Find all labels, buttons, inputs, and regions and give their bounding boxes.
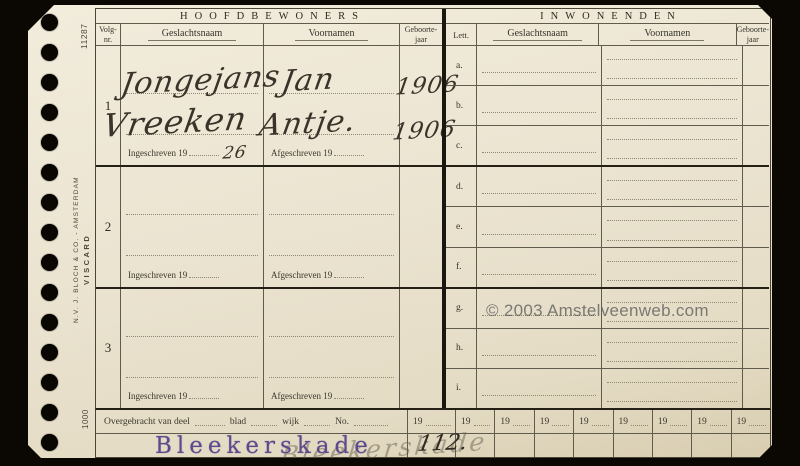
punch-hole [41, 314, 58, 331]
register-card: 11287 VISCARD N.V. J. BLOCH & CO. - AMST… [28, 5, 772, 458]
punch-hole [41, 284, 58, 301]
dotted-line [482, 234, 596, 235]
geslachtsnaam-cell [477, 369, 602, 408]
dotted-line [607, 118, 737, 119]
geboortejaar-cell [743, 329, 769, 368]
handwritten-firstname-1: Jan [279, 62, 337, 100]
letter-label: e. [446, 207, 477, 246]
hoofdbewoners-column-headers: Volg-nr. Geslachtsnaam Voornamen Geboort… [96, 24, 442, 46]
empty-cell [535, 434, 574, 457]
dotted-line [482, 274, 596, 275]
empty-cell [574, 434, 613, 457]
overgebracht-label: Overgebracht van deel blad wijk No. [96, 410, 408, 433]
inwonenden-column-headers: Lett. Geslachtsnaam Voornamen Geboorte-j… [446, 24, 769, 46]
dotted-line [189, 155, 219, 156]
punch-hole [41, 434, 58, 451]
dotted-line [269, 214, 394, 215]
dotted-line [482, 112, 596, 113]
dotted-line [607, 382, 737, 383]
dotted-line [607, 99, 737, 100]
dotted-line [482, 395, 596, 396]
voornamen-cell [602, 329, 743, 368]
dotted-line [189, 277, 219, 278]
dotted-line [607, 180, 737, 181]
dotted-line [513, 425, 530, 426]
inwonenden-body: a. b. c. [446, 46, 769, 408]
inwonenden-row-d: d. [446, 167, 769, 207]
dotted-line [482, 72, 596, 73]
punch-holes [41, 14, 60, 451]
col-header-geslachtsnaam: Geslachtsnaam [477, 24, 599, 45]
dotted-line [670, 425, 687, 426]
afgeschreven-label: Afgeschreven 19 [271, 391, 364, 401]
geslachtsnaam-cell [477, 86, 602, 125]
dotted-line [126, 336, 258, 337]
street-name-stamp: Bleekerskade [155, 433, 373, 459]
col-header-geboortejaar: Geboorte-jaar [737, 24, 769, 45]
voornamen-cell: Afgeschreven 19 [264, 167, 400, 286]
geboortejaar-cell [743, 86, 769, 125]
handwritten-registration-year: 26 [221, 142, 248, 163]
dotted-line [269, 336, 394, 337]
geslachtsnaam-cell: Ingeschreven 19 [121, 167, 264, 286]
punch-hole [41, 44, 58, 61]
voornamen-cell: Afgeschreven 19 [264, 289, 400, 408]
geslachtsnaam-cell: Ingeschreven 19 [121, 289, 264, 408]
punch-hole [41, 164, 58, 181]
geboortejaar-cell [743, 369, 769, 408]
voornamen-cell [602, 207, 743, 246]
printer-address: N.V. J. BLOCH & CO. - AMSTERDAM [73, 176, 80, 323]
dotted-line [631, 425, 648, 426]
dotted-line [354, 425, 388, 426]
geboortejaar-cell [743, 207, 769, 246]
dotted-line [126, 377, 258, 378]
dotted-line [334, 398, 364, 399]
dotted-line [334, 155, 364, 156]
ingeschreven-label: Ingeschreven 19 [128, 270, 219, 280]
year-cell: 19 [614, 410, 653, 433]
voornamen-cell [602, 248, 743, 287]
printer-brand: VISCARD [82, 234, 91, 285]
empty-cell [495, 434, 534, 457]
geslachtsnaam-cell [477, 329, 602, 368]
handwritten-firstname-2: Antje. [257, 104, 359, 144]
dotted-line [607, 342, 737, 343]
section-3: 3 Ingeschreven 19 Afgesc [96, 289, 442, 408]
punch-hole [41, 224, 58, 241]
geslachtsnaam-cell [477, 46, 602, 85]
geboortejaar-cell [743, 167, 769, 206]
geboortejaar-cell [400, 167, 442, 286]
dotted-line [269, 255, 394, 256]
year-cell: 19 [732, 410, 770, 433]
dotted-line [607, 361, 737, 362]
inwonenden-row-c: c. [446, 126, 769, 167]
punch-hole [41, 74, 58, 91]
handwritten-house-number: 112. [416, 430, 470, 457]
letter-label: c. [446, 126, 477, 165]
letter-label: f. [446, 248, 477, 287]
voornamen-cell [602, 126, 743, 165]
dotted-line [607, 220, 737, 221]
empty-cell [732, 434, 770, 457]
dotted-line [426, 425, 452, 426]
inwonenden-title: INWONENDEN [446, 9, 769, 24]
inwonenden-row-f: f. [446, 248, 769, 289]
empty-cell [692, 434, 731, 457]
inwonenden-row-h: h. [446, 329, 769, 369]
copyright-watermark: © 2003 Amstelveenweb.com [486, 301, 709, 321]
ingeschreven-label: Ingeschreven 19 [128, 148, 219, 158]
letter-label: d. [446, 167, 477, 206]
dotted-line [482, 193, 596, 194]
voornamen-cell [602, 46, 743, 85]
geslachtsnaam-cell [477, 167, 602, 206]
dotted-line [126, 255, 258, 256]
col-header-lett: Lett. [446, 24, 477, 45]
inwonenden-panel: INWONENDEN Lett. Geslachtsnaam Voornamen… [446, 9, 769, 408]
geslachtsnaam-cell [477, 207, 602, 246]
voornamen-cell [602, 369, 743, 408]
punch-hole [41, 374, 58, 391]
punch-hole [41, 404, 58, 421]
scanned-register-card-photo: 11287 VISCARD N.V. J. BLOCH & CO. - AMST… [0, 0, 800, 466]
inwonenden-row-i: i. [446, 369, 769, 408]
geslachtsnaam-cell [477, 126, 602, 165]
empty-cell [614, 434, 653, 457]
dotted-line [189, 398, 219, 399]
geboortejaar-cell [743, 126, 769, 165]
dotted-line [607, 78, 737, 79]
geboortejaar-cell [400, 46, 442, 165]
punch-hole [41, 134, 58, 151]
ingeschreven-label: Ingeschreven 19 [128, 391, 219, 401]
dotted-line [607, 261, 737, 262]
punch-hole [41, 344, 58, 361]
dotted-line [482, 152, 596, 153]
hoofdbewoners-panel: HOOFDBEWONERS Volg-nr. Geslachtsnaam Voo… [96, 9, 442, 408]
geboortejaar-cell [743, 46, 769, 85]
section-number: 3 [96, 289, 121, 408]
dotted-line [304, 425, 330, 426]
punch-hole [41, 194, 58, 211]
col-header-voornamen: Voornamen [599, 24, 736, 45]
letter-label: a. [446, 46, 477, 85]
register-table: HOOFDBEWONERS Volg-nr. Geslachtsnaam Voo… [95, 8, 771, 410]
print-run-number: 1000 [81, 409, 90, 429]
dotted-line [607, 240, 737, 241]
dotted-line [334, 277, 364, 278]
punch-hole [41, 254, 58, 271]
letter-label: g. [446, 289, 477, 328]
section-number: 2 [96, 167, 121, 286]
dotted-line [482, 355, 596, 356]
col-header-geboortejaar: Geboorte-jaar [400, 24, 442, 45]
dotted-line [251, 425, 277, 426]
year-cell: 19 [535, 410, 574, 433]
geboortejaar-cell [400, 289, 442, 408]
year-cell: 19 [653, 410, 692, 433]
dotted-line [607, 139, 737, 140]
year-cell: 19 [574, 410, 613, 433]
letter-label: b. [446, 86, 477, 125]
dotted-line [195, 425, 225, 426]
geboortejaar-cell [743, 248, 769, 287]
col-header-voornamen: Voornamen [264, 24, 400, 45]
afgeschreven-label: Afgeschreven 19 [271, 270, 364, 280]
geslachtsnaam-cell [477, 248, 602, 287]
inwonenden-row-b: b. [446, 86, 769, 126]
dotted-line [749, 425, 766, 426]
col-header-geslachtsnaam: Geslachtsnaam [121, 24, 264, 45]
card-serial-number: 11287 [79, 23, 89, 49]
dotted-line [607, 199, 737, 200]
dotted-line [592, 425, 609, 426]
dotted-line [607, 59, 737, 60]
hoofdbewoners-title: HOOFDBEWONERS [96, 9, 442, 24]
dotted-line [552, 425, 569, 426]
geboortejaar-cell [743, 289, 769, 328]
inwonenden-row-a: a. [446, 46, 769, 86]
section-2: 2 Ingeschreven 19 Afgesc [96, 167, 442, 288]
voornamen-cell [602, 86, 743, 125]
dotted-line [607, 158, 737, 159]
handwritten-surname-2: Vreeken [100, 99, 250, 144]
dotted-line [269, 377, 394, 378]
col-header-volgnr: Volg-nr. [96, 24, 121, 45]
afgeschreven-label: Afgeschreven 19 [271, 148, 364, 158]
dotted-line [126, 214, 258, 215]
dotted-line [607, 280, 737, 281]
letter-label: h. [446, 329, 477, 368]
dotted-line [710, 425, 727, 426]
empty-cell [653, 434, 692, 457]
dotted-line [607, 401, 737, 402]
year-cell: 19 [495, 410, 534, 433]
inwonenden-row-e: e. [446, 207, 769, 247]
punch-hole [41, 14, 58, 31]
year-cell: 19 [692, 410, 731, 433]
letter-label: i. [446, 369, 477, 408]
voornamen-cell [602, 167, 743, 206]
punch-hole [41, 104, 58, 121]
